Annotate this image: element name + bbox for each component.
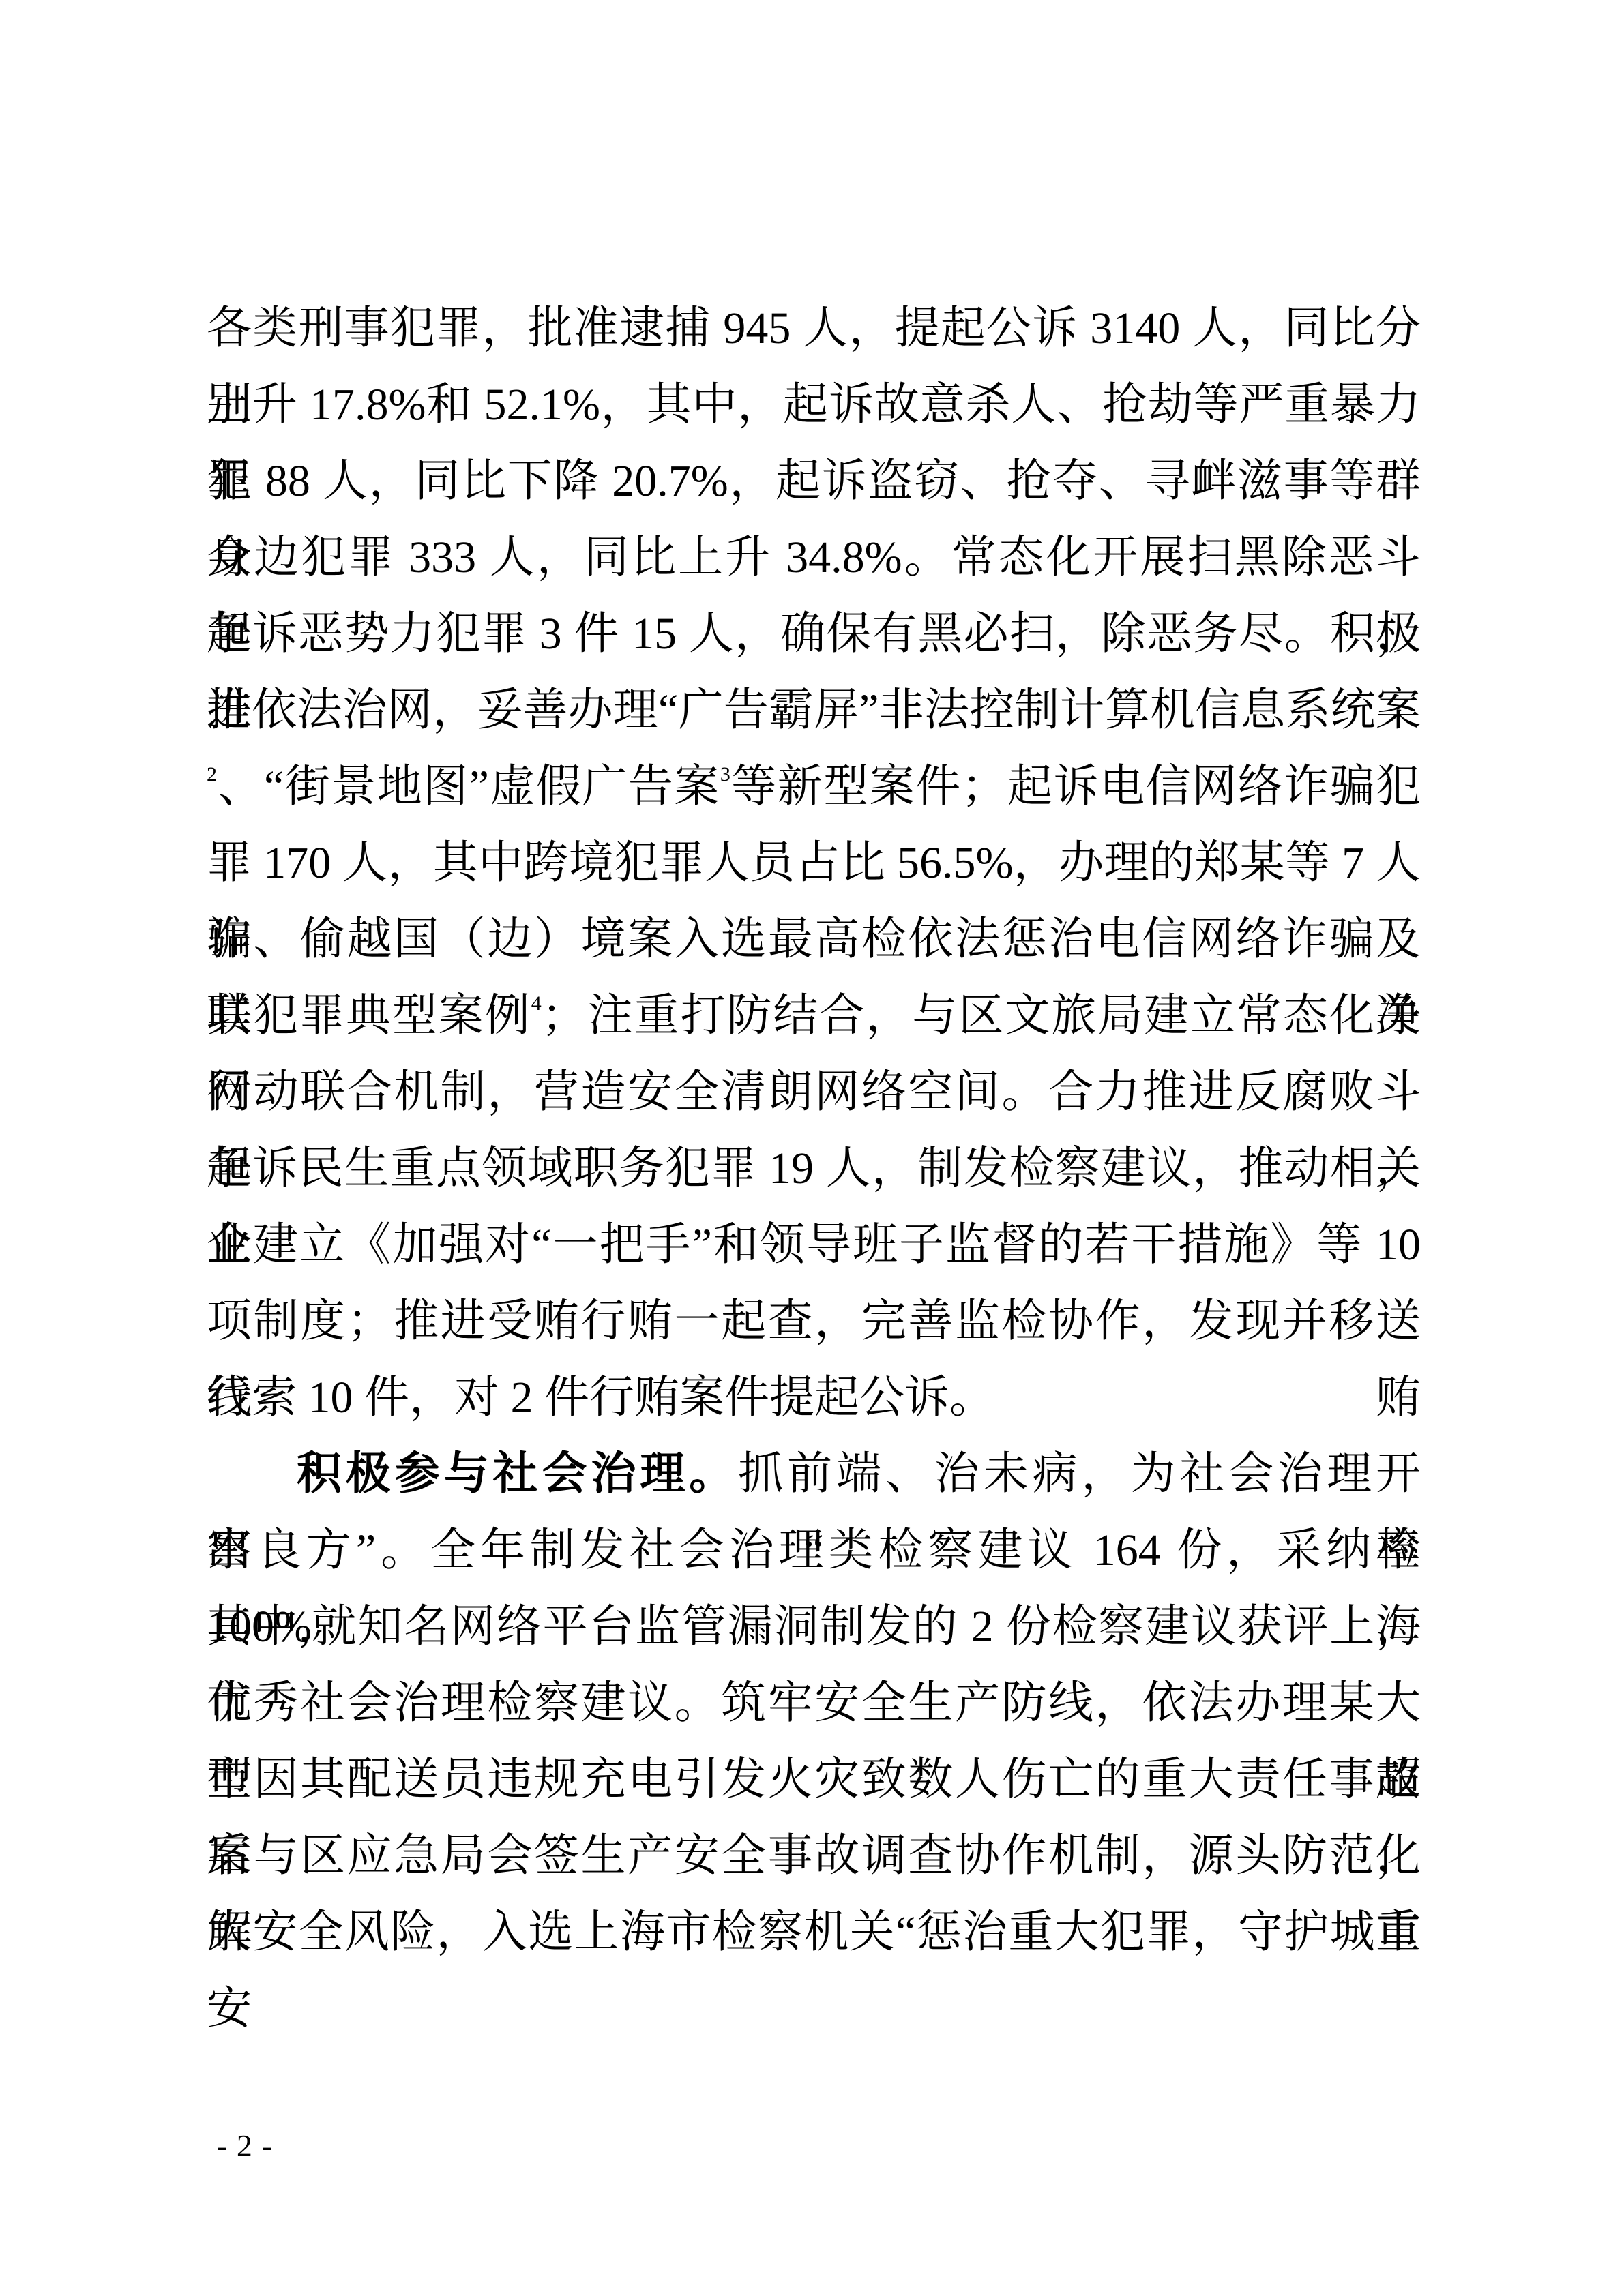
body-text: 各类刑事犯罪，批准逮捕 945 人，提起公诉 3140 人，同比分别 上升 17… — [207, 290, 1421, 1971]
text-line: 市因其配送员违规充电引发火灾致数人伤亡的重大责任事故案， — [207, 1742, 1421, 1818]
footnote-ref-2: 2 — [207, 763, 217, 786]
text-run: 等新型案件；起诉电信网络诈骗犯 — [730, 762, 1421, 811]
text-run: 线索 10 件，对 2 件行贿案件提起公诉。 — [207, 1373, 994, 1422]
text-line: 项制度；推进受贿行贿一起查，完善监检协作，发现并移送行贿 — [207, 1283, 1421, 1360]
text-line: 积极参与社会治理。抓前端、治未病，为社会治理开出“检 — [207, 1436, 1421, 1512]
text-run: 联犯罪典型案例 — [207, 991, 531, 1041]
paragraph: 积极参与社会治理。抓前端、治未病，为社会治理开出“检 察良方”。全年制发社会治理… — [207, 1436, 1421, 1971]
text-line: 察良方”。全年制发社会治理类检察建议 164 份，采纳率 100%， — [207, 1512, 1421, 1589]
text-line: 2、“街景地图”虚假广告案3等新型案件；起诉电信网络诈骗犯 — [207, 749, 1421, 825]
paragraph: 各类刑事犯罪，批准逮捕 945 人，提起公诉 3140 人，同比分别 上升 17… — [207, 290, 1421, 1436]
text-line: 身边犯罪 333 人，同比上升 34.8%。常态化开展扫黑除恶斗争， — [207, 520, 1421, 596]
text-line: 联犯罪典型案例4；注重打防结合，与区文旅局建立常态化净网 — [207, 978, 1421, 1054]
footnote-ref-3: 3 — [720, 763, 730, 786]
text-line: 后与区应急局会签生产安全事故调查协作机制，源头防范化解重 — [207, 1818, 1421, 1894]
text-line: 业建立《加强对“一把手”和领导班子监督的若干措施》等 10 — [207, 1207, 1421, 1283]
text-line: 其中,就知名网络平台监管漏洞制发的 2 份检察建议获评上海市 — [207, 1589, 1421, 1665]
text-line: 进依法治网，妥善办理“广告霸屏”非法控制计算机信息系统案 — [207, 672, 1421, 749]
footnote-ref-4: 4 — [531, 992, 542, 1015]
text-line: 骗、偷越国（边）境案入选最高检依法惩治电信网络诈骗及其关 — [207, 901, 1421, 978]
emphasis-run: 积极参与社会治理。 — [297, 1449, 738, 1499]
text-line: 罪 170 人，其中跨境犯罪人员占比 56.5%，办理的郑某等 7 人诈 — [207, 825, 1421, 901]
text-run: 进依法治网，妥善办理“广告霸屏”非法控制计算机信息系统案 — [207, 685, 1421, 735]
text-line: 上升 17.8%和 52.1%，其中，起诉故意杀人、抢劫等严重暴力犯 — [207, 367, 1421, 443]
text-line: 优秀社会治理检察建议。筑牢安全生产防线，依法办理某大型超 — [207, 1665, 1421, 1742]
text-run: 、“街景地图”虚假广告案 — [217, 762, 720, 811]
text-run: 业建立《加强对“一把手”和领导班子监督的若干措施》等 10 — [207, 1220, 1421, 1270]
text-line: 起诉恶势力犯罪 3 件 15 人，确保有黑必扫，除恶务尽。积极推 — [207, 596, 1421, 672]
text-line: 罪 88 人，同比下降 20.7%，起诉盗窃、抢夺、寻衅滋事等群众 — [207, 443, 1421, 520]
text-line: 大安全风险，入选上海市检察机关“惩治重大犯罪，守护城市安 — [207, 1894, 1421, 1971]
document-page: 各类刑事犯罪，批准逮捕 945 人，提起公诉 3140 人，同比分别 上升 17… — [0, 0, 1624, 2296]
text-line: 行动联合机制，营造安全清朗网络空间。合力推进反腐败斗争， — [207, 1054, 1421, 1131]
text-run: 大安全风险，入选上海市检察机关“惩治重大犯罪，守护城市安 — [207, 1907, 1421, 2033]
text-line: 各类刑事犯罪，批准逮捕 945 人，提起公诉 3140 人，同比分别 — [207, 290, 1421, 367]
page-number: - 2 - — [217, 2130, 273, 2162]
text-line: 起诉民生重点领域职务犯罪 19 人，制发检察建议，推动相关企 — [207, 1131, 1421, 1207]
